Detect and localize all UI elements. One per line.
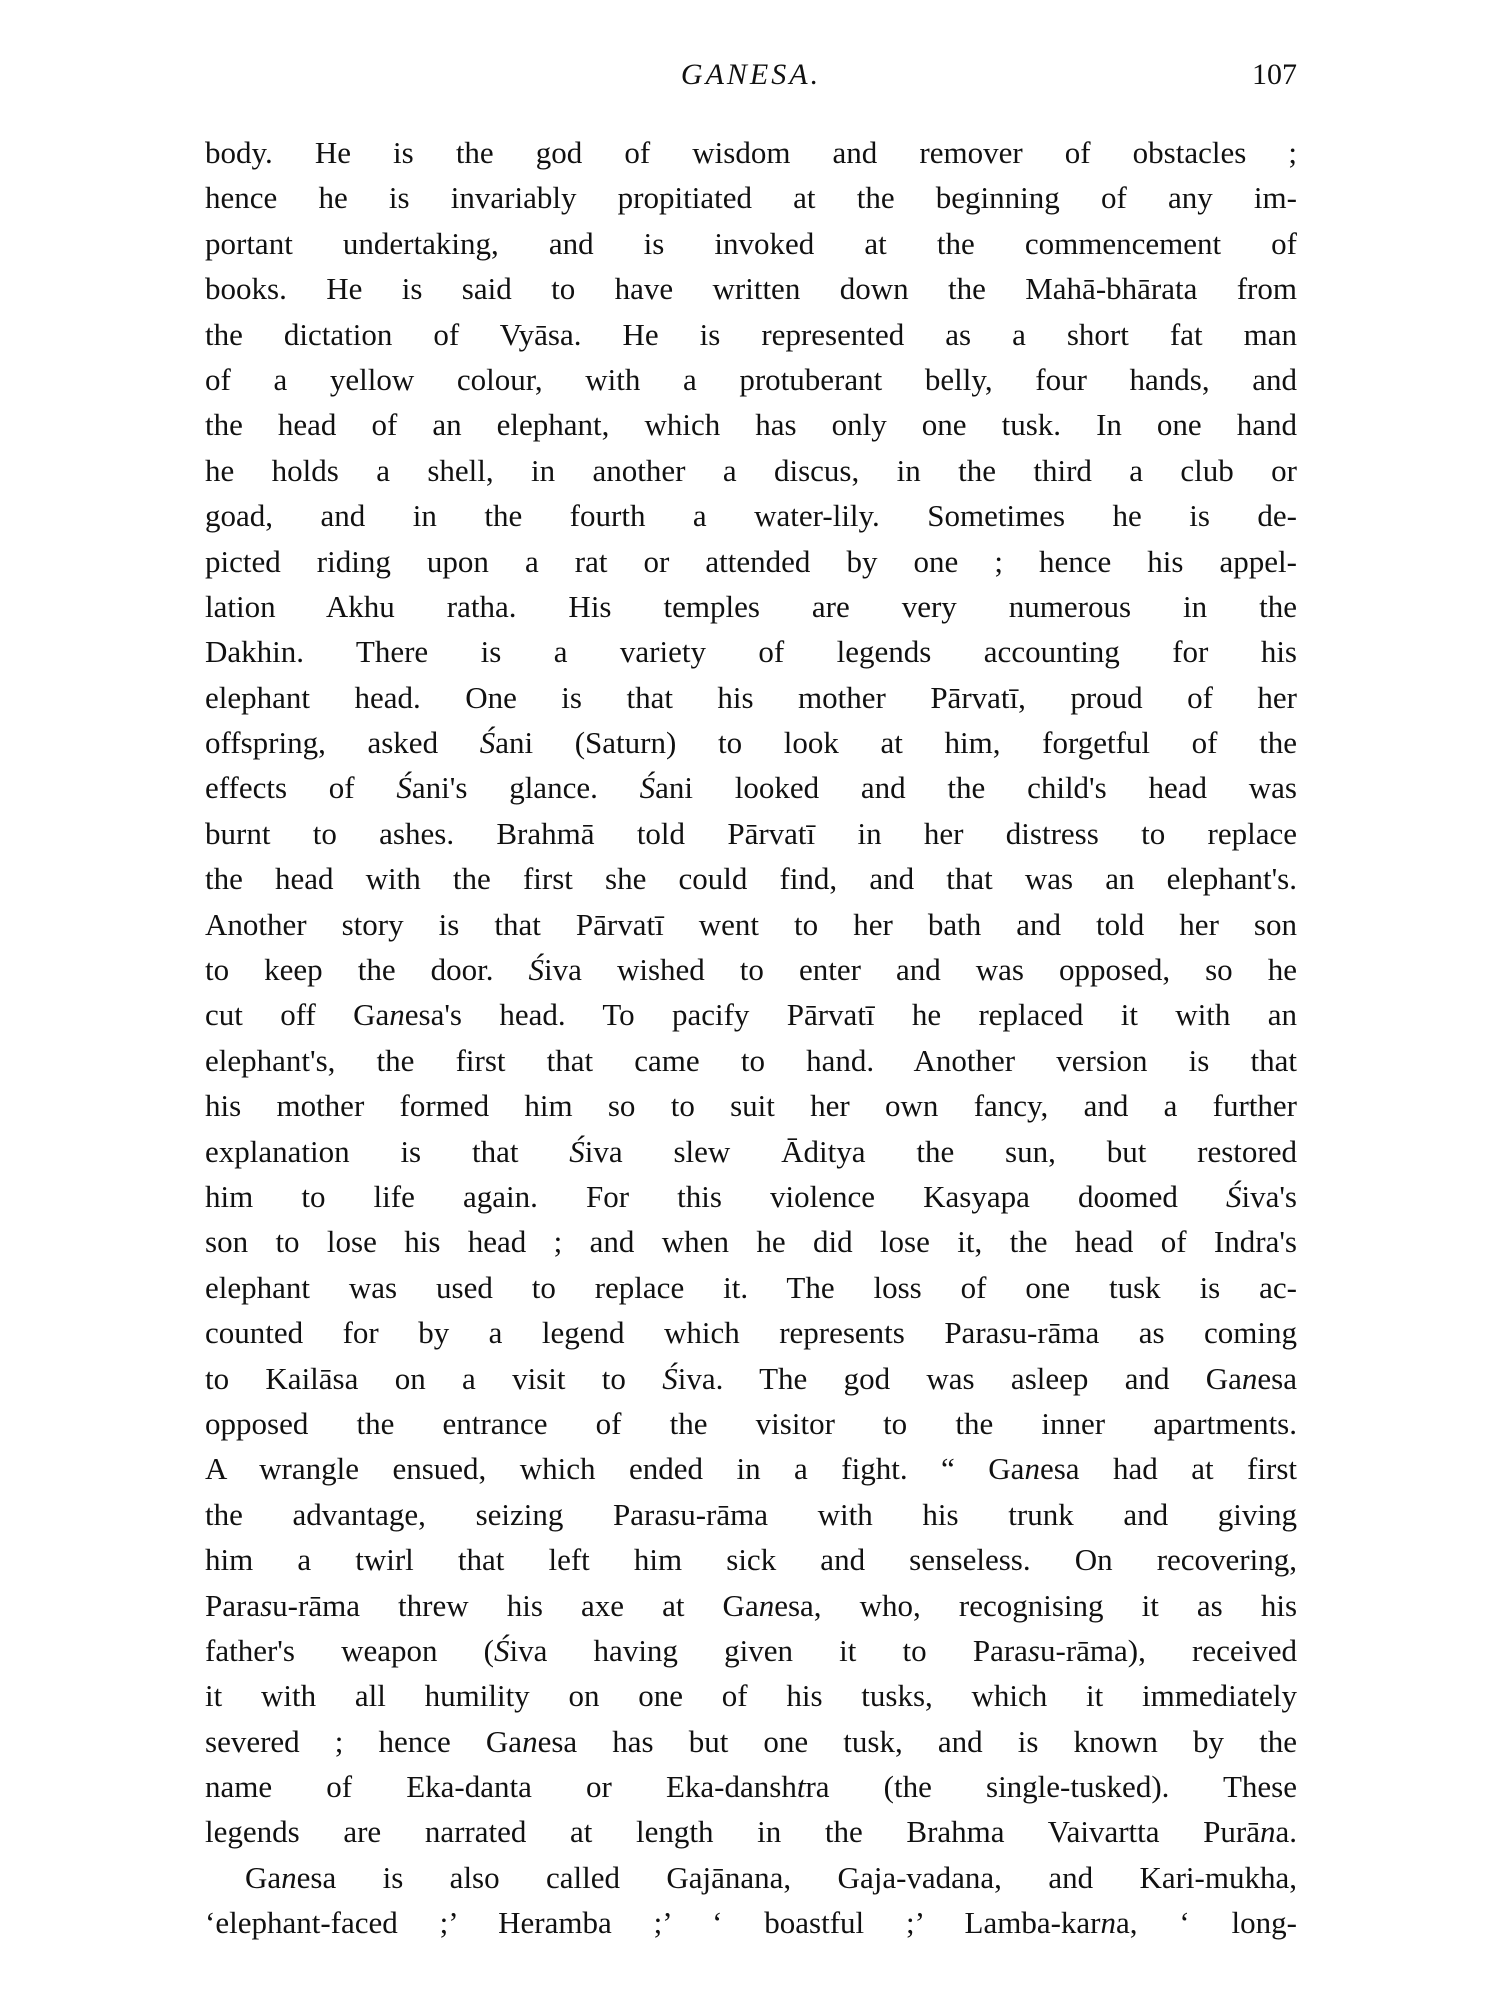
- text-segment: Dakhin. There is a variety of legends ac…: [205, 634, 1297, 669]
- text-line: explanation is that Śiva slew Āditya the…: [205, 1129, 1297, 1174]
- italic-segment: n: [281, 1860, 297, 1895]
- text-segment: iva having given it to Para: [510, 1633, 1028, 1668]
- text-segment: esa is also called Gajānana, Gaja-vadana…: [297, 1860, 1297, 1895]
- text-segment: effects of: [205, 770, 396, 805]
- italic-segment: Ś: [396, 770, 412, 805]
- text-line: goad, and in the fourth a water-lily. So…: [205, 493, 1297, 538]
- text-line: of a yellow colour, with a protuberant b…: [205, 357, 1297, 402]
- text-segment: his mother formed him so to suit her own…: [205, 1088, 1297, 1123]
- text-segment: esa, who, recognising it as his: [774, 1588, 1297, 1623]
- text-segment: a, ‘ long-: [1116, 1905, 1297, 1940]
- text-segment: ani (Saturn) to look at him, forgetful o…: [495, 725, 1297, 760]
- text-line: cut off Ganesa's head. To pacify Pārvatī…: [205, 992, 1297, 1037]
- text-segment: u-rāma threw his axe at Ga: [272, 1588, 759, 1623]
- text-segment: the dictation of Vyāsa. He is represente…: [205, 317, 1297, 352]
- text-line: Dakhin. There is a variety of legends ac…: [205, 629, 1297, 674]
- text-segment: him to life again. For this violence Kas…: [205, 1179, 1226, 1214]
- text-line: father's weapon (Śiva having given it to…: [205, 1628, 1297, 1673]
- text-segment: iva slew Āditya the sun, but restored: [585, 1134, 1297, 1169]
- body-text: body. He is the god of wisdom and remove…: [205, 130, 1297, 1946]
- italic-segment: n: [1242, 1361, 1258, 1396]
- text-segment: ani looked and the child's head was: [655, 770, 1297, 805]
- text-line: legends are narrated at length in the Br…: [205, 1809, 1297, 1854]
- italic-segment: n: [1024, 1451, 1040, 1486]
- text-segment: elephant was used to replace it. The los…: [205, 1270, 1297, 1305]
- text-segment: severed ; hence Ga: [205, 1724, 522, 1759]
- italic-segment: s: [668, 1497, 680, 1532]
- text-line: books. He is said to have written down t…: [205, 266, 1297, 311]
- text-line: ‘elephant-faced ;’ Heramba ;’ ‘ boastful…: [205, 1900, 1297, 1945]
- text-segment: he holds a shell, in another a discus, i…: [205, 453, 1297, 488]
- text-line: him to life again. For this violence Kas…: [205, 1174, 1297, 1219]
- text-segment: u-rāma), received: [1040, 1633, 1297, 1668]
- text-segment: u-rāma as coming: [1011, 1315, 1297, 1350]
- italic-segment: s: [260, 1588, 272, 1623]
- italic-segment: n: [522, 1724, 538, 1759]
- text-segment: Another story is that Pārvatī went to he…: [205, 907, 1297, 942]
- text-segment: esa had at first: [1040, 1451, 1297, 1486]
- italic-segment: n: [389, 997, 405, 1032]
- italic-segment: Ś: [529, 952, 545, 987]
- text-segment: a.: [1275, 1814, 1297, 1849]
- italic-segment: s: [1028, 1633, 1040, 1668]
- text-segment: ani's glance.: [412, 770, 640, 805]
- text-line: his mother formed him so to suit her own…: [205, 1083, 1297, 1128]
- text-line: the dictation of Vyāsa. He is represente…: [205, 312, 1297, 357]
- running-head: GANESA. 107: [205, 58, 1297, 98]
- text-line: effects of Śani's glance. Śani looked an…: [205, 765, 1297, 810]
- page-number: 107: [1252, 58, 1297, 92]
- text-segment: esa has but one tusk, and is known by th…: [538, 1724, 1297, 1759]
- text-segment: father's weapon (: [205, 1633, 494, 1668]
- running-title: GANESA.: [205, 58, 1297, 92]
- text-segment: of a yellow colour, with a protuberant b…: [205, 362, 1297, 397]
- text-line: him a twirl that left him sick and sense…: [205, 1537, 1297, 1582]
- text-segment: opposed the entrance of the visitor to t…: [205, 1406, 1297, 1441]
- text-line: elephant's, the first that came to hand.…: [205, 1038, 1297, 1083]
- italic-segment: n: [1100, 1905, 1116, 1940]
- text-line: to keep the door. Śiva wished to enter a…: [205, 947, 1297, 992]
- italic-segment: Ś: [569, 1134, 585, 1169]
- text-segment: Ga: [245, 1860, 281, 1895]
- text-segment: hence he is invariably propitiated at th…: [205, 180, 1297, 215]
- text-line: opposed the entrance of the visitor to t…: [205, 1401, 1297, 1446]
- text-line: portant undertaking, and is invoked at t…: [205, 221, 1297, 266]
- text-segment: son to lose his head ; and when he did l…: [205, 1224, 1297, 1259]
- text-segment: body. He is the god of wisdom and remove…: [205, 135, 1297, 170]
- text-line: Parasu-rāma threw his axe at Ganesa, who…: [205, 1583, 1297, 1628]
- text-segment: lation Akhu ratha. His temples are very …: [205, 589, 1297, 624]
- text-segment: elephant's, the first that came to hand.…: [205, 1043, 1297, 1078]
- text-segment: the head with the first she could find, …: [205, 861, 1297, 896]
- text-segment: him a twirl that left him sick and sense…: [205, 1542, 1297, 1577]
- text-line: it with all humility on one of his tusks…: [205, 1673, 1297, 1718]
- text-line: Ganesa is also called Gajānana, Gaja-vad…: [205, 1855, 1297, 1900]
- text-segment: iva wished to enter and was opposed, so …: [544, 952, 1297, 987]
- text-segment: to keep the door.: [205, 952, 529, 987]
- text-segment: ‘elephant-faced ;’ Heramba ;’ ‘ boastful…: [205, 1905, 1100, 1940]
- text-segment: the advantage, seizing Para: [205, 1497, 668, 1532]
- text-segment: picted riding upon a rat or attended by …: [205, 544, 1297, 579]
- italic-segment: Ś: [494, 1633, 510, 1668]
- text-segment: Para: [205, 1588, 260, 1623]
- text-line: picted riding upon a rat or attended by …: [205, 539, 1297, 584]
- text-segment: books. He is said to have written down t…: [205, 271, 1297, 306]
- text-line: burnt to ashes. Brahmā told Pārvatī in h…: [205, 811, 1297, 856]
- text-segment: u-rāma with his trunk and giving: [680, 1497, 1297, 1532]
- italic-segment: n: [759, 1588, 775, 1623]
- text-segment: iva. The god was asleep and Ga: [678, 1361, 1242, 1396]
- text-segment: it with all humility on one of his tusks…: [205, 1678, 1297, 1713]
- text-line: offspring, asked Śani (Saturn) to look a…: [205, 720, 1297, 765]
- italic-segment: Ś: [480, 725, 496, 760]
- text-line: body. He is the god of wisdom and remove…: [205, 130, 1297, 175]
- text-line: counted for by a legend which represents…: [205, 1310, 1297, 1355]
- text-segment: goad, and in the fourth a water-lily. So…: [205, 498, 1297, 533]
- text-segment: portant undertaking, and is invoked at t…: [205, 226, 1297, 261]
- text-line: severed ; hence Ganesa has but one tusk,…: [205, 1719, 1297, 1764]
- text-line: elephant head. One is that his mother Pā…: [205, 675, 1297, 720]
- text-line: hence he is invariably propitiated at th…: [205, 175, 1297, 220]
- text-line: A wrangle ensued, which ended in a fight…: [205, 1446, 1297, 1491]
- text-line: Another story is that Pārvatī went to he…: [205, 902, 1297, 947]
- text-segment: cut off Ga: [205, 997, 389, 1032]
- text-segment: explanation is that: [205, 1134, 569, 1169]
- italic-segment: Ś: [662, 1361, 678, 1396]
- text-line: he holds a shell, in another a discus, i…: [205, 448, 1297, 493]
- text-segment: offspring, asked: [205, 725, 480, 760]
- text-segment: to Kailāsa on a visit to: [205, 1361, 662, 1396]
- text-line: lation Akhu ratha. His temples are very …: [205, 584, 1297, 629]
- text-segment: elephant head. One is that his mother Pā…: [205, 680, 1297, 715]
- text-line: the head with the first she could find, …: [205, 856, 1297, 901]
- text-segment: legends are narrated at length in the Br…: [205, 1814, 1260, 1849]
- text-segment: the head of an elephant, which has only …: [205, 407, 1297, 442]
- text-line: name of Eka-danta or Eka-danshtra (the s…: [205, 1764, 1297, 1809]
- text-segment: iva's: [1241, 1179, 1297, 1214]
- text-segment: A wrangle ensued, which ended in a fight…: [205, 1451, 1024, 1486]
- text-line: son to lose his head ; and when he did l…: [205, 1219, 1297, 1264]
- italic-segment: s: [999, 1315, 1011, 1350]
- text-segment: burnt to ashes. Brahmā told Pārvatī in h…: [205, 816, 1297, 851]
- text-segment: ra (the single-tusked). These: [805, 1769, 1297, 1804]
- text-segment: name of Eka-danta or Eka-dansh: [205, 1769, 797, 1804]
- text-segment: esa: [1257, 1361, 1297, 1396]
- text-segment: esa's head. To pacify Pārvatī he replace…: [405, 997, 1297, 1032]
- italic-segment: n: [1260, 1814, 1276, 1849]
- italic-segment: Ś: [640, 770, 656, 805]
- text-line: to Kailāsa on a visit to Śiva. The god w…: [205, 1356, 1297, 1401]
- text-line: the advantage, seizing Parasu-rāma with …: [205, 1492, 1297, 1537]
- text-line: the head of an elephant, which has only …: [205, 402, 1297, 447]
- text-segment: counted for by a legend which represents…: [205, 1315, 999, 1350]
- text-line: elephant was used to replace it. The los…: [205, 1265, 1297, 1310]
- italic-segment: Ś: [1226, 1179, 1242, 1214]
